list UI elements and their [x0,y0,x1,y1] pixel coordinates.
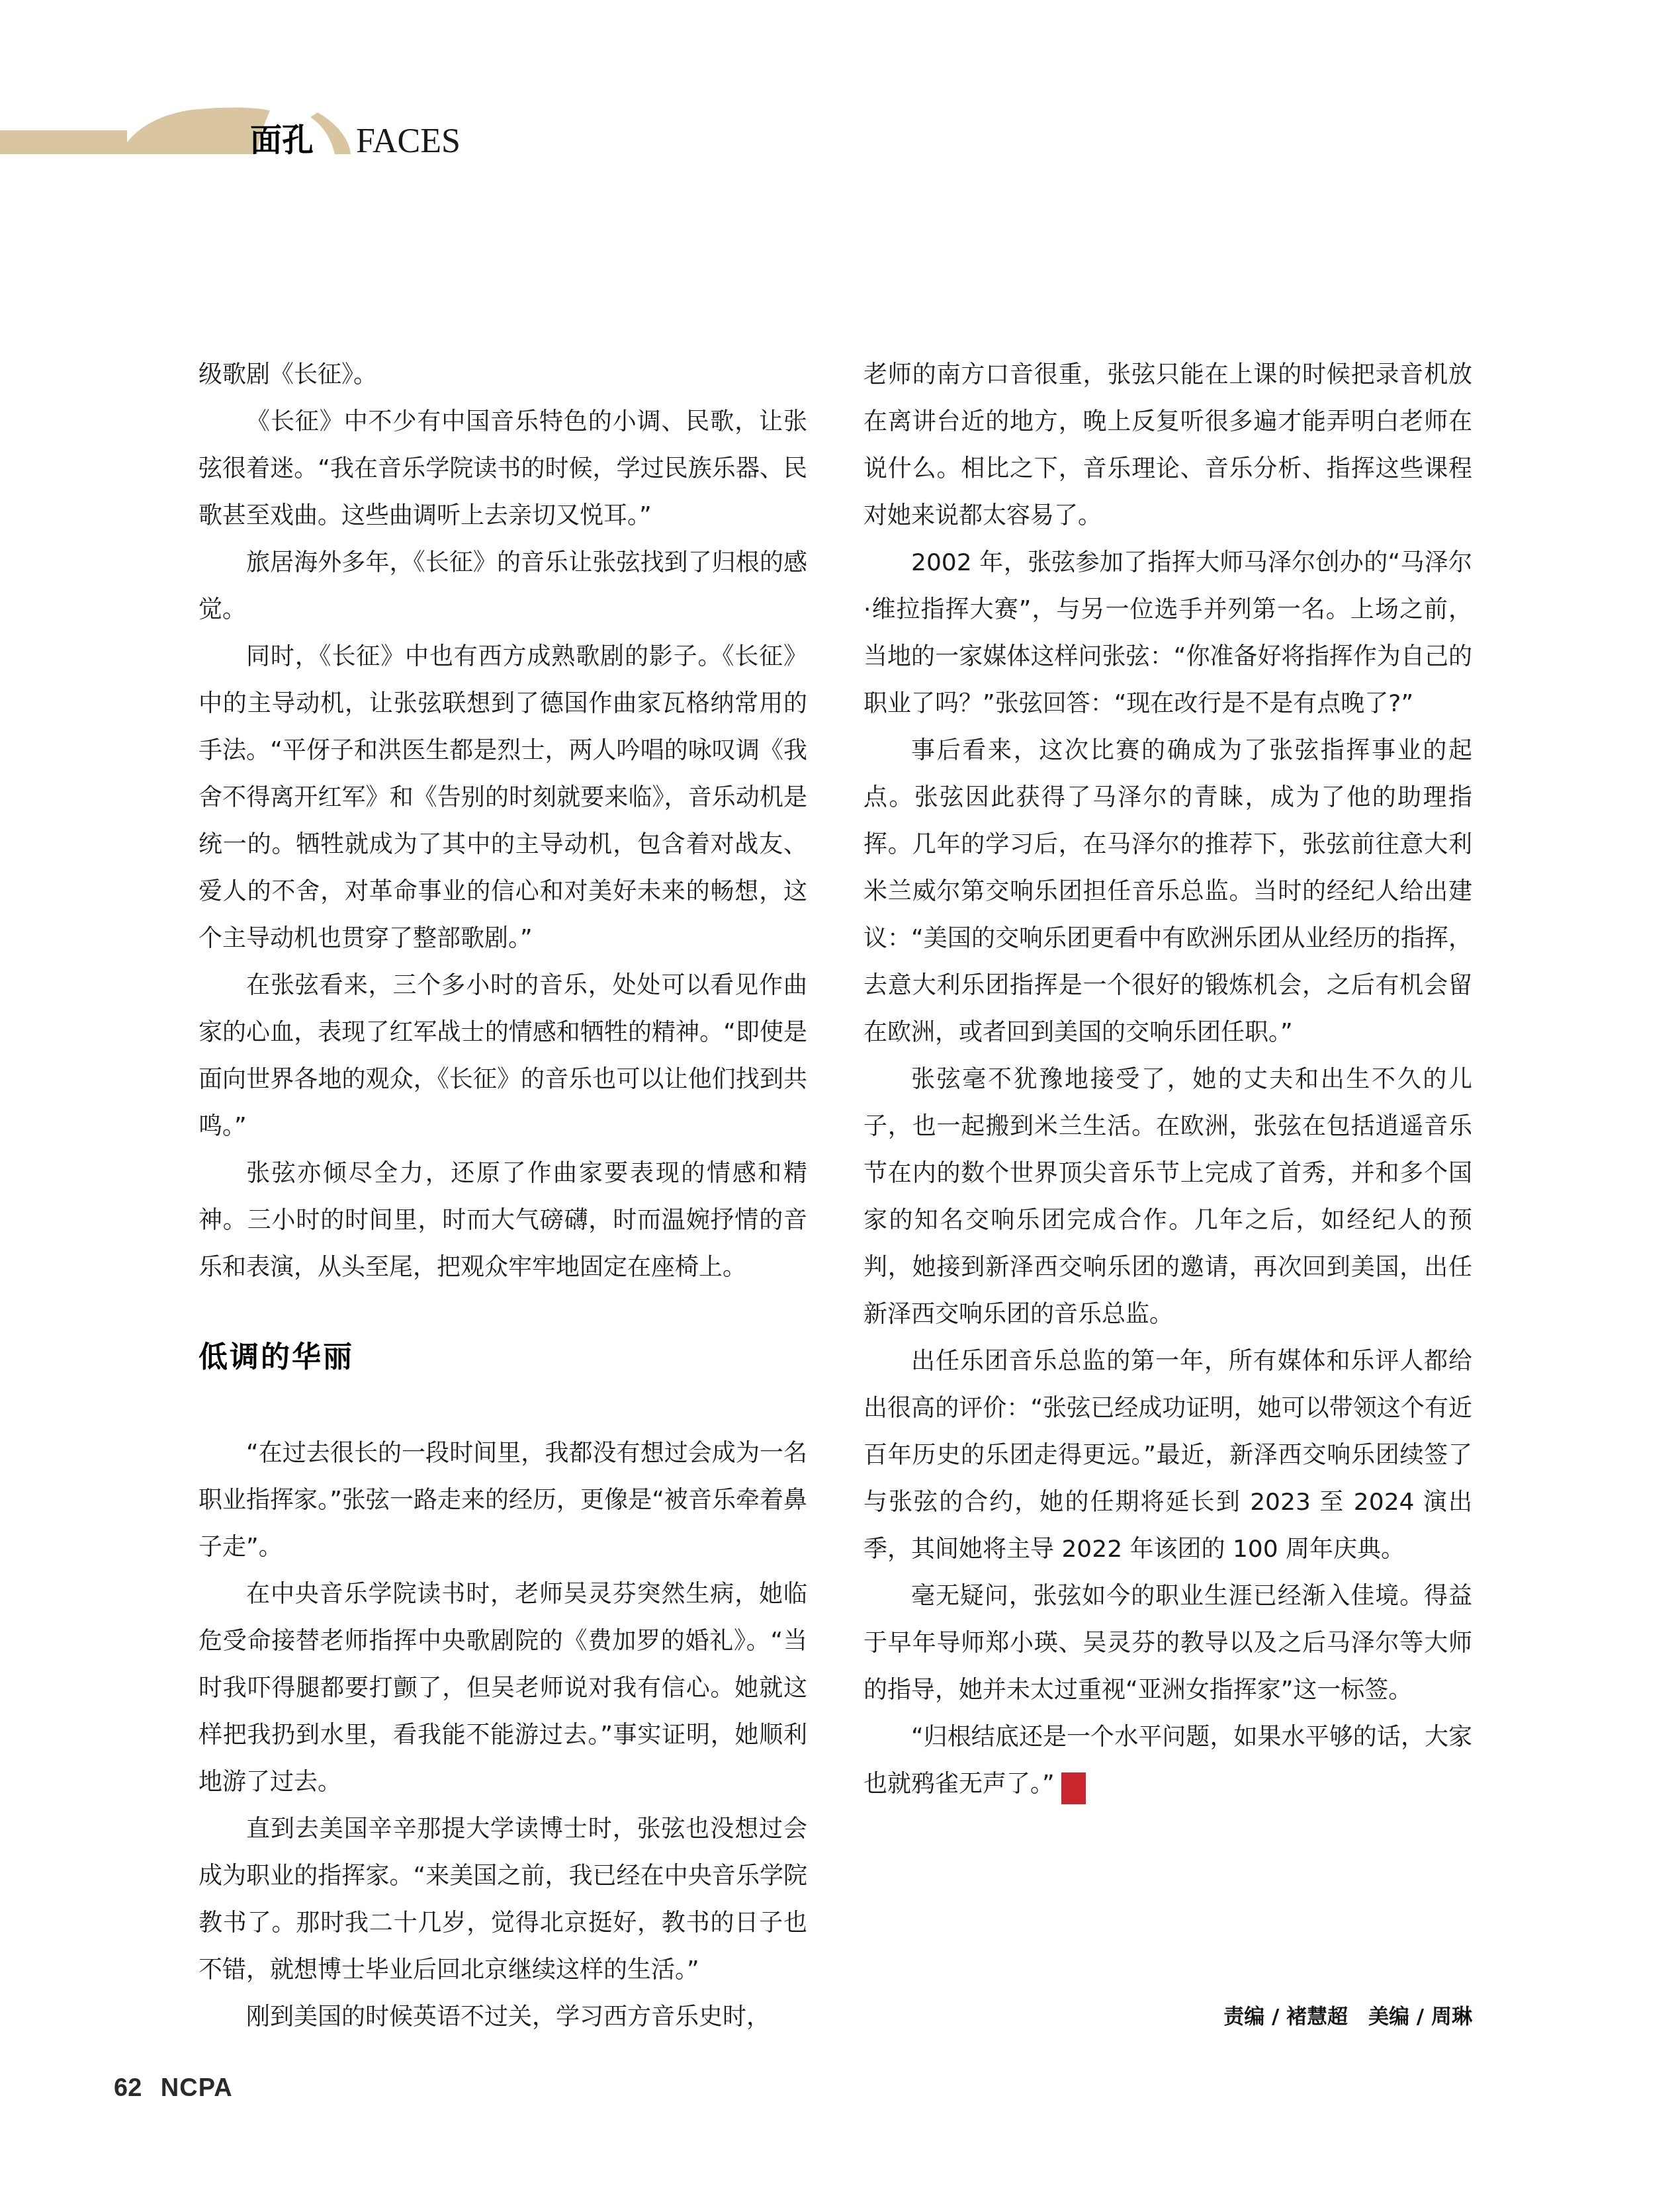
paragraph: 同时，《长征》中也有西方成熟歌剧的影子。《长征》中的主导动机，让张弦联想到了德国… [199,633,807,962]
paragraph: 级歌剧《长征》。 [199,351,807,398]
paragraph: 出任乐团音乐总监的第一年，所有媒体和乐评人都给出很高的评价：“张弦已经成功证明，… [863,1338,1472,1573]
page: 面孔 FACES 级歌剧《长征》。 《长征》中不少有中国音乐特色的小调、民歌，让… [0,0,1680,2188]
paragraph: 事后看来，这次比赛的确成为了张弦指挥事业的起点。张弦因此获得了马泽尔的青睐，成为… [863,727,1472,1056]
left-column: 级歌剧《长征》。 《长征》中不少有中国音乐特色的小调、民歌，让张弦很着迷。“我在… [199,351,807,2040]
section-tag-cn: 面孔 [250,122,314,159]
paragraph-text: “归根结底还是一个水平问题，如果水平够的话，大家也就鸦雀无声了。” [863,1724,1472,1798]
paragraph: 毫无疑问，张弦如今的职业生涯已经渐入佳境。得益于早年导师郑小瑛、吴灵芬的教导以及… [863,1573,1472,1714]
header-leaf-shape [120,108,270,154]
paragraph: 《长征》中不少有中国音乐特色的小调、民歌，让张弦很着迷。“我在音乐学院读书的时候… [199,398,807,539]
ncpa-endmark-icon: NCPA [1061,1772,1086,1804]
paragraph: 直到去美国辛辛那提大学读博士时，张弦也没想过会成为职业的指挥家。“来美国之前，我… [199,1806,807,1993]
section-heading: 低调的华丽 [199,1337,807,1378]
endmark-line1: NC [1061,1774,1086,1788]
paragraph: 旅居海外多年，《长征》的音乐让张弦找到了归根的感觉。 [199,539,807,633]
section-tag-en: FACES [356,122,461,160]
paragraph: 在张弦看来，三个多小时的音乐，处处可以看见作曲家的心血，表现了红军战士的情感和牺… [199,962,807,1150]
paragraph: 张弦毫不犹豫地接受了，她的丈夫和出生不久的儿子，也一起搬到米兰生活。在欧洲，张弦… [863,1056,1472,1338]
paragraph: 老师的南方口音很重，张弦只能在上课的时候把录音机放在离讲台近的地方，晚上反复听很… [863,351,1472,539]
paragraph: “在过去很长的一段时间里，我都没有想过会成为一名职业指挥家。”张弦一路走来的经历… [199,1430,807,1571]
editor-credits: 责编 / 褚慧超 美编 / 周琳 [1223,1999,1472,2029]
page-number: 62 [114,2074,142,2102]
endmark-line2: PA [1061,1788,1086,1801]
header-bar-shape [0,130,127,154]
right-column: 老师的南方口音很重，张弦只能在上课的时候把录音机放在离讲台近的地方，晚上反复听很… [863,351,1472,1808]
paragraph: 在中央音乐学院读书时，老师吴灵芬突然生病，她临危受命接替老师指挥中央歌剧院的《费… [199,1571,807,1806]
header-swoosh-shape [310,112,351,154]
paragraph: 2002 年，张弦参加了指挥大师马泽尔创办的“马泽尔·维拉指挥大赛”，与另一位选… [863,539,1472,727]
page-footer: 62 NCPA [114,2074,233,2103]
ncpa-brand: NCPA [161,2074,233,2102]
header-graphic: 面孔 FACES [0,99,476,179]
paragraph: 张弦亦倾尽全力，还原了作曲家要表现的情感和精神。三小时的时间里，时而大气磅礴，时… [199,1150,807,1291]
paragraph: “归根结底还是一个水平问题，如果水平够的话，大家也就鸦雀无声了。”NCPA [863,1714,1472,1808]
paragraph: 刚到美国的时候英语不过关，学习西方音乐史时， [199,1993,807,2040]
